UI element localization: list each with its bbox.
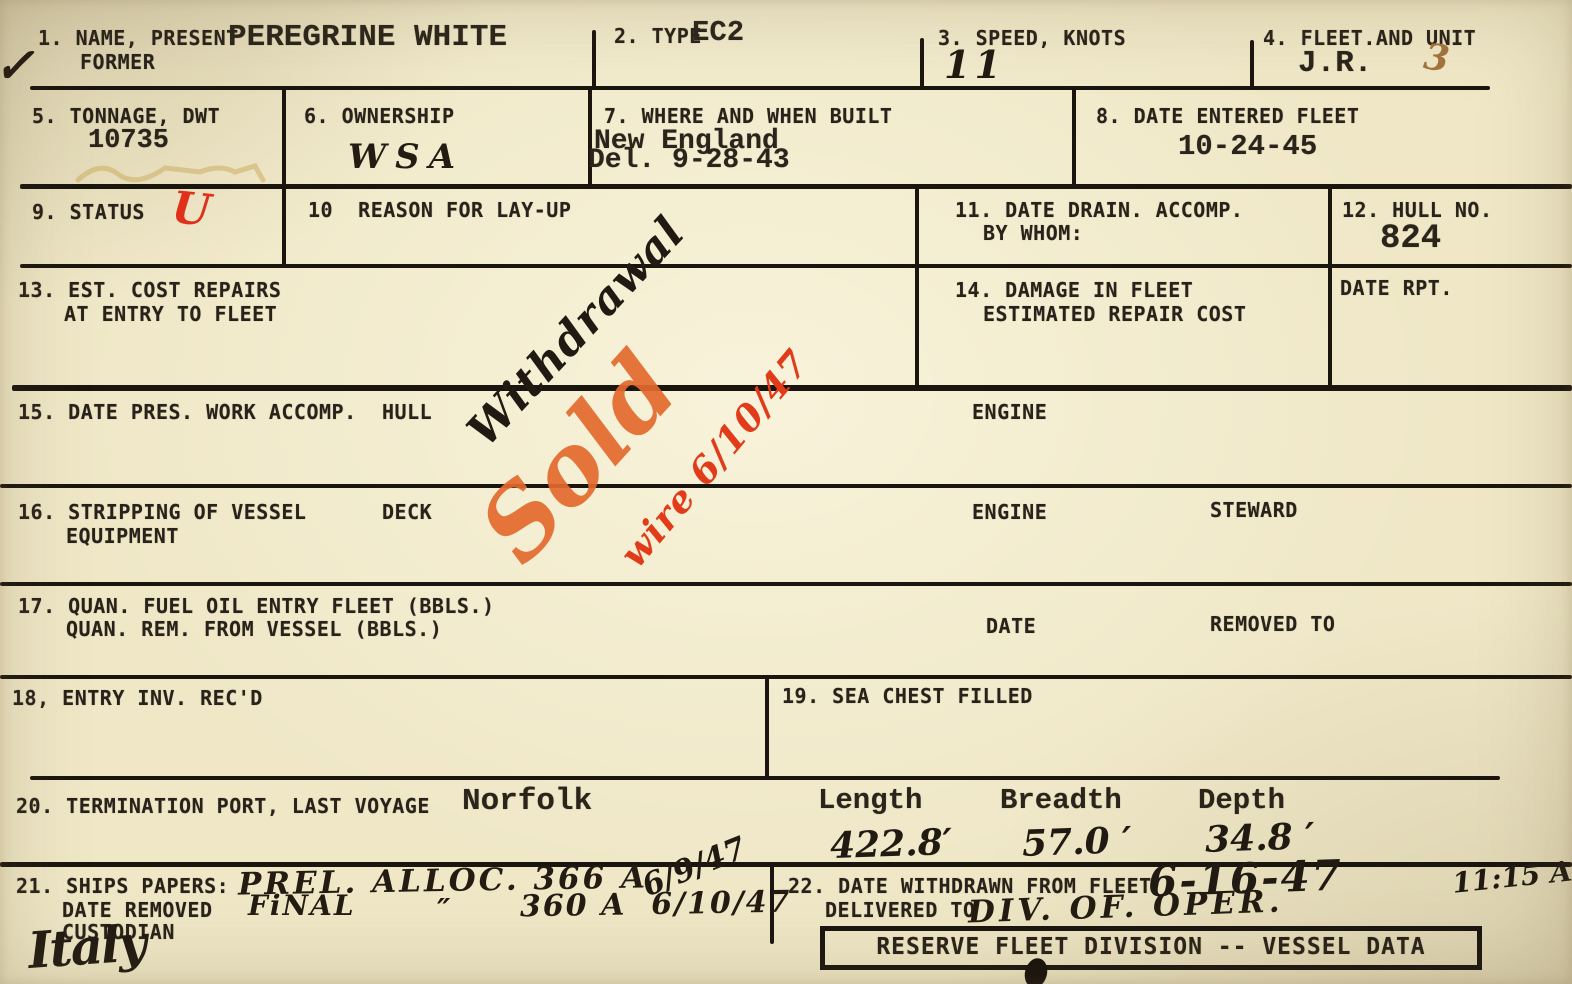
field-14-label: 14. DAMAGE IN FLEET (955, 278, 1193, 302)
grid-line (30, 86, 1490, 90)
field-21-label: 21. SHIPS PAPERS: (16, 874, 229, 898)
termination-port-value: Norfolk (462, 786, 592, 817)
field-10-label: 10 REASON FOR LAY-UP (308, 198, 571, 222)
field-17-date-label: DATE (986, 614, 1036, 638)
field-15-label: 15. DATE PRES. WORK ACCOMP. (18, 400, 357, 424)
field-8-label: 8. DATE ENTERED FLEET (1096, 104, 1359, 128)
field-1-label-former: FORMER (80, 50, 155, 74)
grid-line (0, 582, 1572, 586)
vessel-data-card: 1. NAME, PRESENT FORMER PEREGRINE WHITE … (0, 0, 1572, 984)
field-20-label: 20. TERMINATION PORT, LAST VOYAGE (16, 794, 430, 818)
field-15-engine-label: ENGINE (972, 400, 1047, 424)
field-11-label-bywhom: BY WHOM: (983, 221, 1083, 245)
grid-line (592, 30, 596, 88)
field-17-label2: QUAN. REM. FROM VESSEL (BBLS.) (66, 617, 442, 641)
breadth-value-handwritten: 57.0 ′ (1021, 822, 1132, 862)
field-13-label2: AT ENTRY TO FLEET (64, 302, 277, 326)
hull-no-value: 824 (1380, 222, 1441, 256)
field-12-label: 12. HULL NO. (1342, 198, 1493, 222)
grid-line (1250, 40, 1254, 88)
grid-line (915, 186, 919, 387)
ditto-mark-handwritten: ″ (437, 896, 450, 926)
field-1-label: 1. NAME, PRESENT (38, 26, 239, 50)
field-22-delivered-label: DELIVERED TO (825, 898, 976, 922)
field-13-label: 13. EST. COST REPAIRS (18, 278, 281, 302)
banner-title: RESERVE FLEET DIVISION -- VESSEL DATA (876, 934, 1425, 962)
date-entered-value: 10-24-45 (1178, 132, 1317, 161)
field-16-deck-label: DECK (382, 500, 432, 524)
grid-line (282, 186, 286, 266)
breadth-label: Breadth (1000, 786, 1122, 815)
field-16-label: 16. STRIPPING OF VESSEL (18, 500, 306, 524)
grid-line (765, 678, 769, 778)
length-label: Length (818, 786, 922, 815)
grid-line (920, 38, 924, 88)
field-2-label: 2. TYPE (614, 24, 702, 48)
ownership-value: WSA (348, 140, 464, 174)
time-withdrawn-handwritten: 11:15 AM (1451, 854, 1572, 898)
field-7-label: 7. WHERE AND WHEN BUILT (604, 104, 892, 128)
built-when-value: Del. 9-28-43 (588, 147, 790, 175)
field-15-hull-label: HULL (382, 400, 432, 424)
banner-box: RESERVE FLEET DIVISION -- VESSEL DATA (820, 926, 1482, 970)
field-19-label: 19. SEA CHEST FILLED (782, 684, 1033, 708)
unit-value-handwritten: 3 (1422, 38, 1452, 77)
final-handwritten: FiNAL (248, 892, 356, 920)
field-16-label2: EQUIPMENT (66, 524, 179, 548)
vessel-name-value: PEREGRINE WHITE (228, 22, 507, 53)
speed-value-handwritten: 11 (944, 46, 1005, 84)
delivered-to-handwritten: DIV. OF. OPER. (968, 887, 1284, 929)
final-alloc-handwritten: 360 A 6/10/47 (520, 888, 792, 923)
field-9-label: 9. STATUS (32, 200, 145, 224)
grid-line (1072, 86, 1076, 186)
status-value-handwritten: U (170, 186, 213, 234)
field-17-label: 17. QUAN. FUEL OIL ENTRY FLEET (BBLS.) (18, 594, 495, 618)
custodian-signature: Italy (26, 918, 146, 976)
field-16-steward-label: STEWARD (1210, 498, 1298, 522)
fleet-value: J.R. (1298, 48, 1372, 79)
field-17-removed-to-label: REMOVED TO (1210, 612, 1335, 636)
grid-line (20, 264, 1572, 268)
field-6-label: 6. OWNERSHIP (304, 104, 455, 128)
grid-line (0, 484, 1572, 488)
checkmark-annotation: ✓ (0, 42, 34, 90)
field-16-engine-label: ENGINE (972, 500, 1047, 524)
date-rpt-label: DATE RPT. (1340, 276, 1453, 300)
field-18-label: 18, ENTRY INV. REC'D (12, 686, 263, 710)
field-11-label: 11. DATE DRAIN. ACCOMP. (955, 198, 1243, 222)
grid-line (0, 675, 1572, 679)
field-14-label2: ESTIMATED REPAIR COST (983, 302, 1246, 326)
vessel-type-value: EC2 (692, 18, 744, 47)
depth-label: Depth (1198, 786, 1285, 815)
length-value-handwritten: 422.8′ (829, 824, 952, 864)
field-5-label: 5. TONNAGE, DWT (32, 104, 220, 128)
grid-line (1328, 186, 1332, 387)
